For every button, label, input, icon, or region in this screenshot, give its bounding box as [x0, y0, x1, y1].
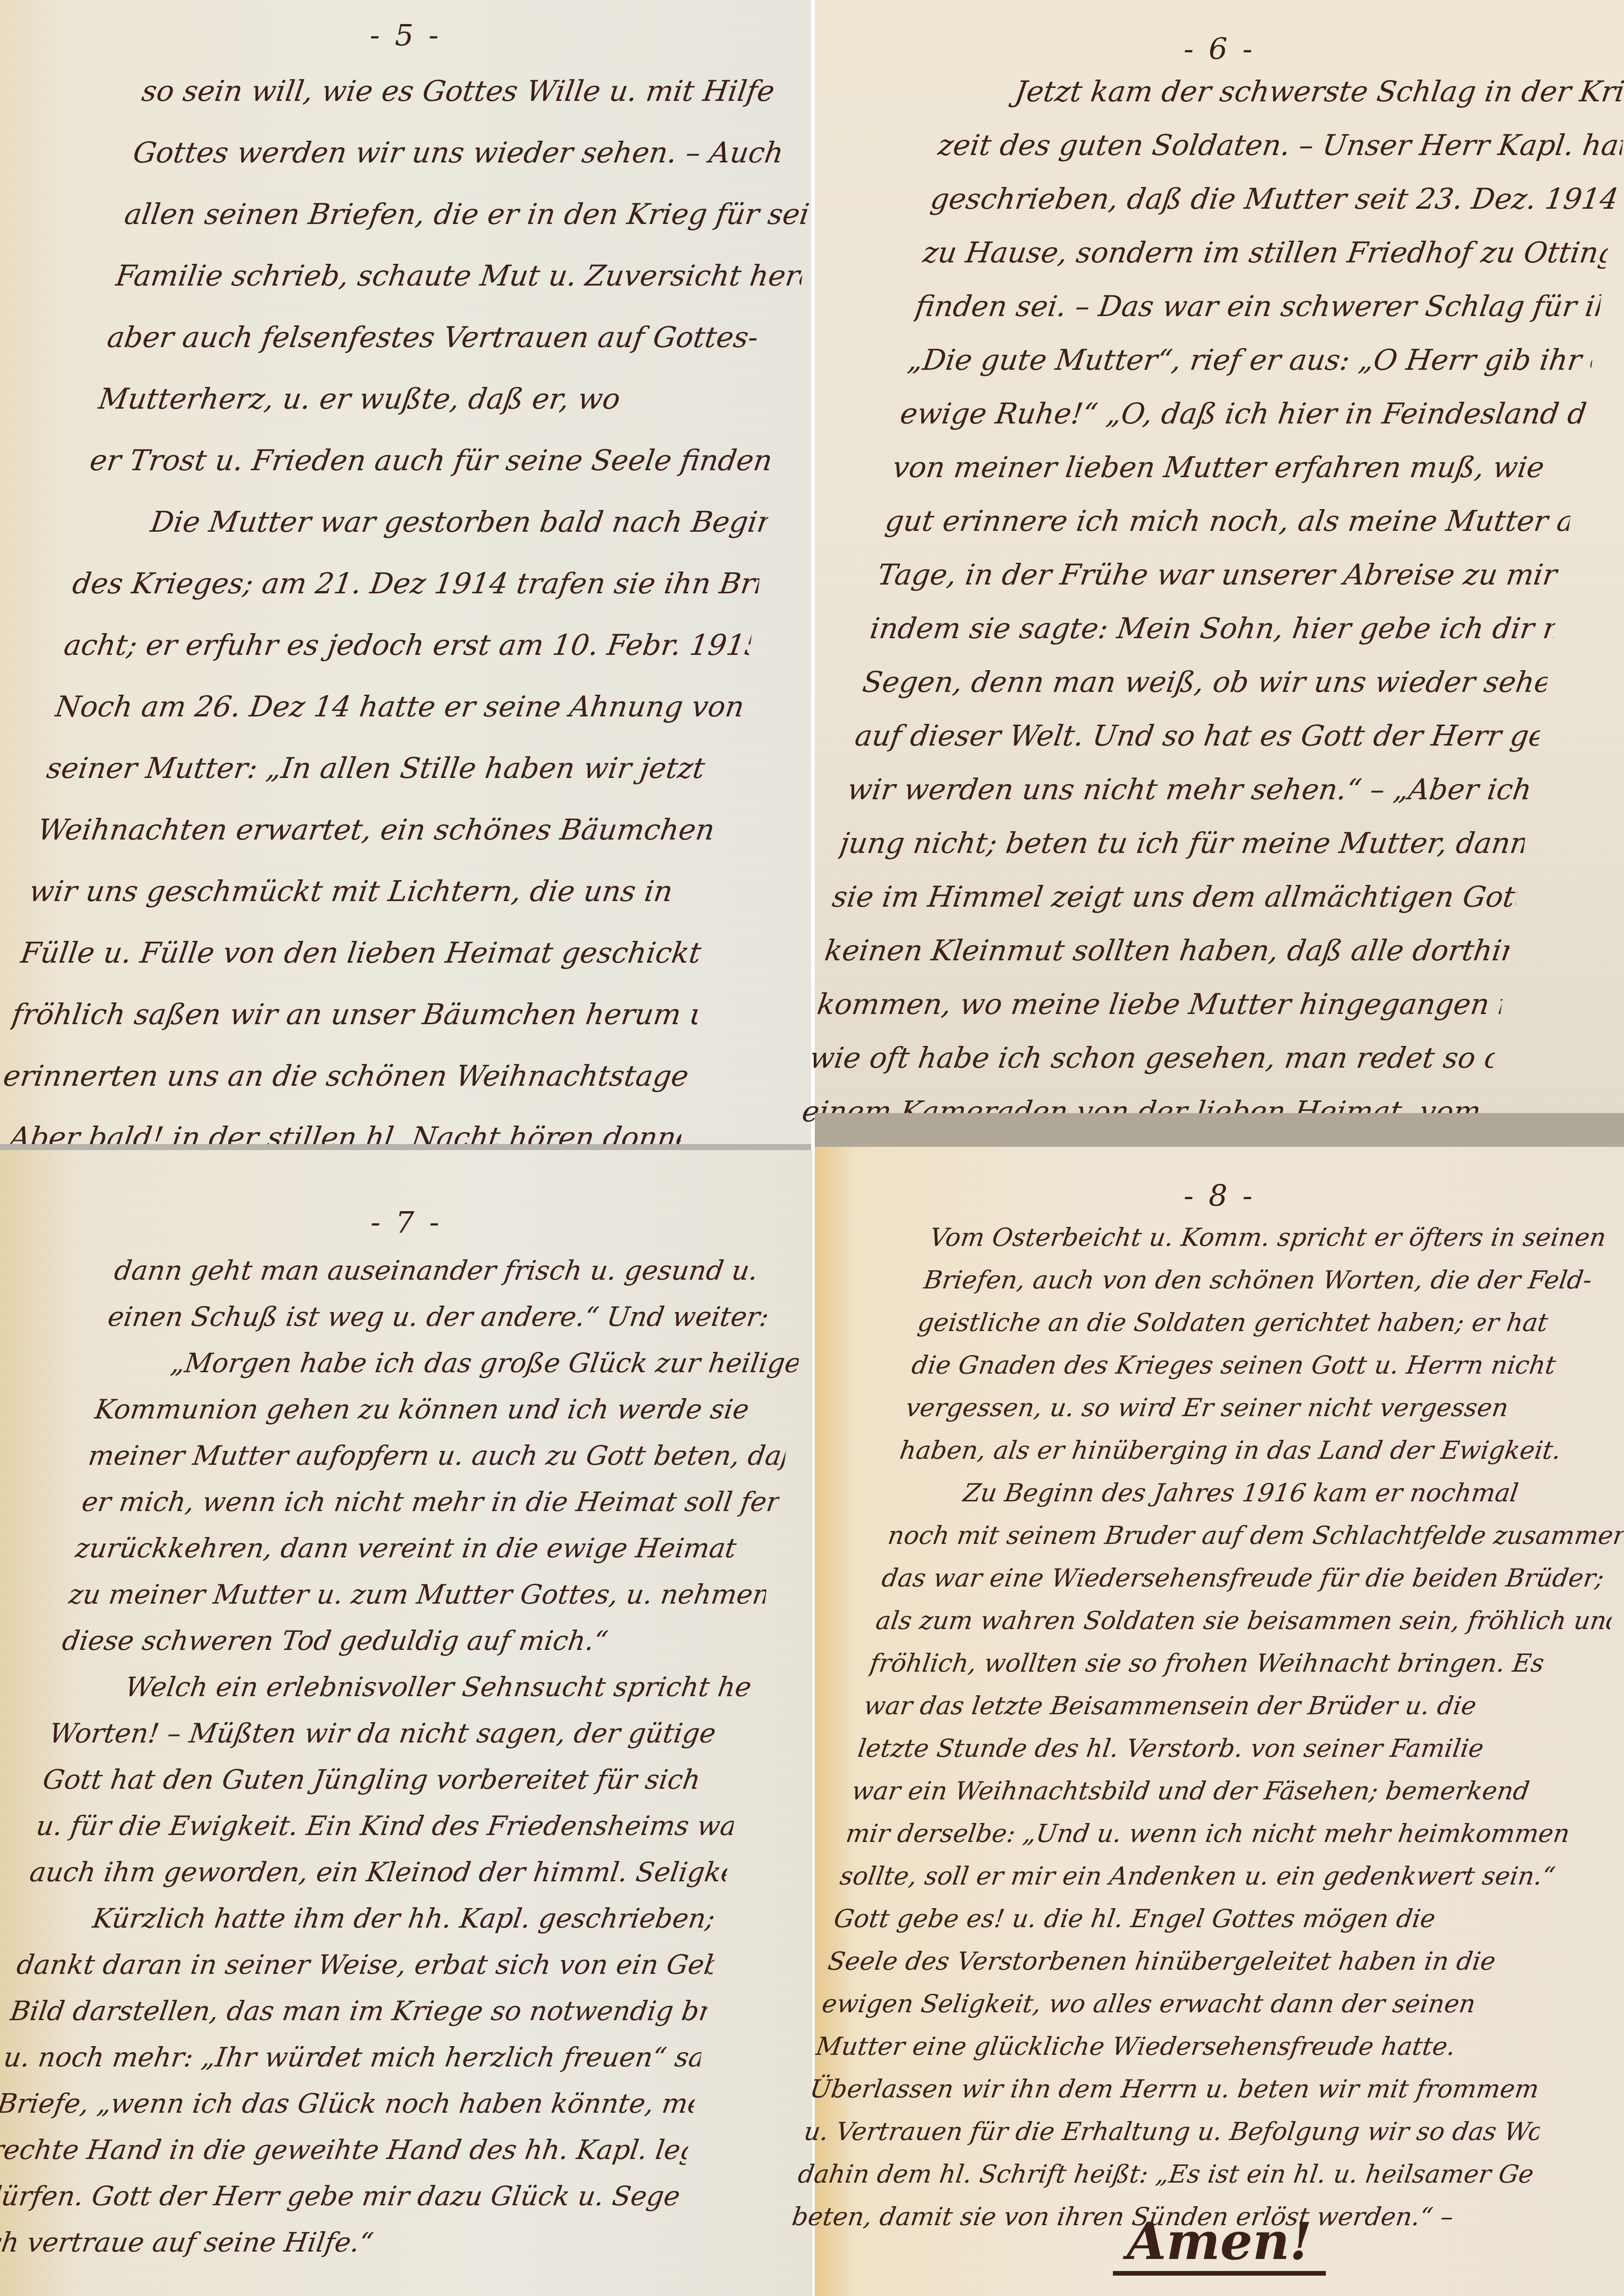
text-line: wie oft habe ich schon gesehen, man rede…: [806, 1031, 1498, 1085]
page-5: - 5 - so sein will, wie es Gottes Wille …: [0, 0, 811, 1144]
text-line: dürfen. Gott der Herr gebe mir dazu Glüc…: [0, 2173, 685, 2219]
photo-edge: [815, 1113, 1624, 1147]
text-line: zurückkehren, dann vereint in die ewige …: [72, 1525, 775, 1571]
text-line: Vom Osterbeicht u. Komm. spricht er öfte…: [927, 1216, 1624, 1259]
text-line: Briefen, auch von den schönen Worten, di…: [921, 1259, 1624, 1301]
closing-text: Amen!: [1113, 2211, 1326, 2276]
text-line: dankt daran in seiner Weise, erbat sich …: [14, 1941, 717, 1988]
text-line: ewige Ruhe!“ „O, daß ich hier in Feindes…: [897, 387, 1588, 441]
page-body: dann geht man auseinander frisch u. gesu…: [0, 1247, 815, 2265]
text-line: „Die gute Mutter“, rief er aus: „O Herr …: [904, 333, 1596, 387]
text-line: haben, als er hinüberging in das Land de…: [897, 1429, 1624, 1472]
text-line: jung nicht; beten tu ich für meine Mutte…: [837, 816, 1528, 870]
text-line: war das letzte Beisammensein der Brüder …: [861, 1685, 1602, 1727]
text-line: Tage, in der Frühe war unserer Abreise z…: [874, 548, 1566, 602]
text-line: kommen, wo meine liebe Mutter hingegange…: [814, 977, 1505, 1031]
text-line: wir werden uns nicht mehr sehen.“ – „Abe…: [844, 763, 1536, 816]
text-line: dann geht man auseinander frisch u. gesu…: [112, 1247, 815, 1294]
text-line: ewigen Seligkeit, wo alles erwacht dann …: [819, 1983, 1560, 2025]
text-line: fröhlich saßen wir an unser Bäumchen her…: [8, 983, 703, 1045]
text-line: zu meiner Mutter u. zum Mutter Gottes, u…: [66, 1571, 769, 1618]
text-line: u. noch mehr: „Ihr würdet mich herzlich …: [1, 2034, 704, 2080]
text-line: Noch am 26. Dez 14 hatte er seine Ahnung…: [51, 676, 746, 737]
photo-edge: [0, 1144, 811, 1150]
text-line: Jetzt kam der schwerste Schlag in der Kr…: [942, 65, 1624, 118]
text-line: rechte Hand in die geweihte Hand des hh.…: [0, 2127, 691, 2173]
text-line: wir uns geschmückt mit Lichtern, die uns…: [25, 860, 720, 922]
text-line: noch mit seinem Bruder auf dem Schlachtf…: [885, 1514, 1624, 1557]
text-line: einen Schuß ist weg u. der andere.“ Und …: [105, 1294, 808, 1340]
text-line: Gottes werden wir uns wieder sehen. – Au…: [129, 122, 824, 183]
text-line: auch ihm geworden, ein Kleinod der himml…: [27, 1849, 730, 1895]
text-line: auf dieser Welt. Und so hat es Gott der …: [851, 709, 1543, 763]
text-line: Segen, denn man weiß, ob wir uns wieder …: [859, 655, 1551, 709]
text-line: von meiner lieben Mutter erfahren muß, w…: [889, 441, 1581, 494]
page-8: - 8 - Vom Osterbeicht u. Komm. spricht e…: [815, 1147, 1624, 2296]
text-line: Kürzlich hatte ihm der hh. Kapl. geschri…: [20, 1895, 724, 1941]
text-line: erinnerten uns an die schönen Weihnachts…: [0, 1045, 694, 1107]
text-line: diese schweren Tod geduldig auf mich.“: [59, 1618, 762, 1664]
text-line: Welch ein erlebnisvoller Sehnsucht spric…: [53, 1664, 756, 1710]
text-line: sollte, soll er mir ein Andenken u. ein …: [837, 1855, 1578, 1898]
text-line: sie im Himmel zeigt uns dem allmächtigen…: [829, 870, 1520, 924]
text-line: des Krieges; am 21. Dez 1914 trafen sie …: [69, 553, 763, 614]
text-line: Familie schrieb, schaute Mut u. Zuversic…: [112, 245, 806, 306]
text-line: zu Hause, sondern im stillen Friedhof zu…: [919, 226, 1611, 280]
text-line: Worten! – Müßten wir da nicht sagen, der…: [46, 1710, 750, 1756]
text-line: Kommunion gehen zu können und ich werde …: [92, 1386, 795, 1432]
text-line: Gott hat den Guten Jüngling vorbereitet …: [40, 1756, 743, 1803]
text-line: war ein Weihnachtsbild und der Fäsehen; …: [849, 1770, 1590, 1812]
text-line: geschrieben, daß die Mutter seit 23. Dez…: [927, 172, 1618, 226]
text-line: u. für die Ewigkeit. Ein Kind des Friede…: [33, 1803, 737, 1849]
text-line: Bild darstellen, das man im Kriege so no…: [7, 1988, 711, 2034]
text-line: Weihnachten erwartet, ein schönes Bäumch…: [34, 799, 729, 860]
text-line: Seele des Verstorbenen hinübergeleitet h…: [825, 1940, 1566, 1983]
text-line: u. Vertrauen für die Erhaltung u. Befolg…: [801, 2110, 1543, 2153]
text-line: mir derselbe: „Und u. wenn ich nicht meh…: [843, 1812, 1584, 1855]
closing-amen: Amen!: [815, 2211, 1624, 2271]
text-line: Briefe, „wenn ich das Glück noch haben k…: [0, 2080, 698, 2127]
text-line: zeit des guten Soldaten. – Unser Herr Ka…: [935, 118, 1624, 172]
text-line: „Morgen habe ich das große Glück zur hei…: [98, 1340, 801, 1386]
text-line: allen seinen Briefen, die er in den Krie…: [120, 183, 815, 245]
text-line: indem sie sagte: Mein Sohn, hier gebe ic…: [867, 602, 1558, 655]
text-line: er mich, wenn ich nicht mehr in die Heim…: [79, 1479, 782, 1525]
page-7: - 7 - dann geht man auseinander frisch u…: [0, 1150, 812, 2296]
page-6: - 6 - Jetzt kam der schwerste Schlag in …: [815, 0, 1624, 1113]
text-line: Gott gebe es! u. die hl. Engel Gottes mö…: [831, 1898, 1572, 1940]
text-line: seiner Mutter: „In allen Stille haben wi…: [43, 737, 737, 799]
text-line: als zum wahren Soldaten sie beisammen se…: [873, 1599, 1614, 1642]
text-line: Überlassen wir ihn dem Herrn u. beten wi…: [807, 2068, 1549, 2110]
page-number: - 7 -: [0, 1206, 812, 1240]
text-line: die Gnaden des Krieges seinen Gott u. He…: [909, 1344, 1624, 1387]
page-number: - 5 -: [0, 19, 811, 53]
text-line: Fülle u. Fülle von den lieben Heimat ges…: [17, 922, 712, 983]
text-line: acht; er erfuhr es jedoch erst am 10. Fe…: [60, 614, 755, 676]
text-line: finden sei. – Das war ein schwerer Schla…: [912, 280, 1604, 333]
text-line: Zu Beginn des Jahres 1916 kam er nochmal: [891, 1472, 1624, 1514]
text-line: keinen Kleinmut sollten haben, daß alle …: [821, 924, 1513, 977]
text-line: fröhlich, wollten sie so frohen Weihnach…: [867, 1642, 1608, 1685]
text-line: Mutterherz, u. er wußte, daß er, wo: [94, 368, 789, 429]
page-body: Jetzt kam der schwerste Schlag in der Kr…: [791, 65, 1624, 1192]
page-body: Vom Osterbeicht u. Komm. spricht er öfte…: [789, 1216, 1624, 2238]
text-line: so sein will, wie es Gottes Wille u. mit…: [138, 60, 833, 122]
page-number: - 6 -: [815, 32, 1624, 67]
text-line: letzte Stunde des hl. Verstorb. von sein…: [855, 1727, 1596, 1770]
text-line: ich vertraue auf seine Hilfe.“: [0, 2219, 678, 2265]
text-line: vergessen, u. so wird Er seiner nicht ve…: [903, 1387, 1624, 1429]
text-line: meiner Mutter aufopfern u. auch zu Gott …: [85, 1432, 788, 1479]
page-number: - 8 -: [815, 1179, 1624, 1213]
text-line: das war eine Wiedersehensfreude für die …: [879, 1557, 1620, 1599]
text-line: dahin dem hl. Schrift heißt: „Es ist ein…: [795, 2153, 1537, 2196]
text-line: Die Mutter war gestorben bald nach Begin…: [77, 491, 772, 553]
text-line: geistliche an die Soldaten gerichtet hab…: [915, 1301, 1624, 1344]
text-line: Mutter eine glückliche Wiedersehensfreud…: [813, 2025, 1555, 2068]
text-line: gut erinnere ich mich noch, als meine Mu…: [881, 494, 1573, 548]
text-line: er Trost u. Frieden auch für seine Seele…: [86, 429, 781, 491]
text-line: aber auch felsenfestes Vertrauen auf Got…: [103, 306, 798, 368]
